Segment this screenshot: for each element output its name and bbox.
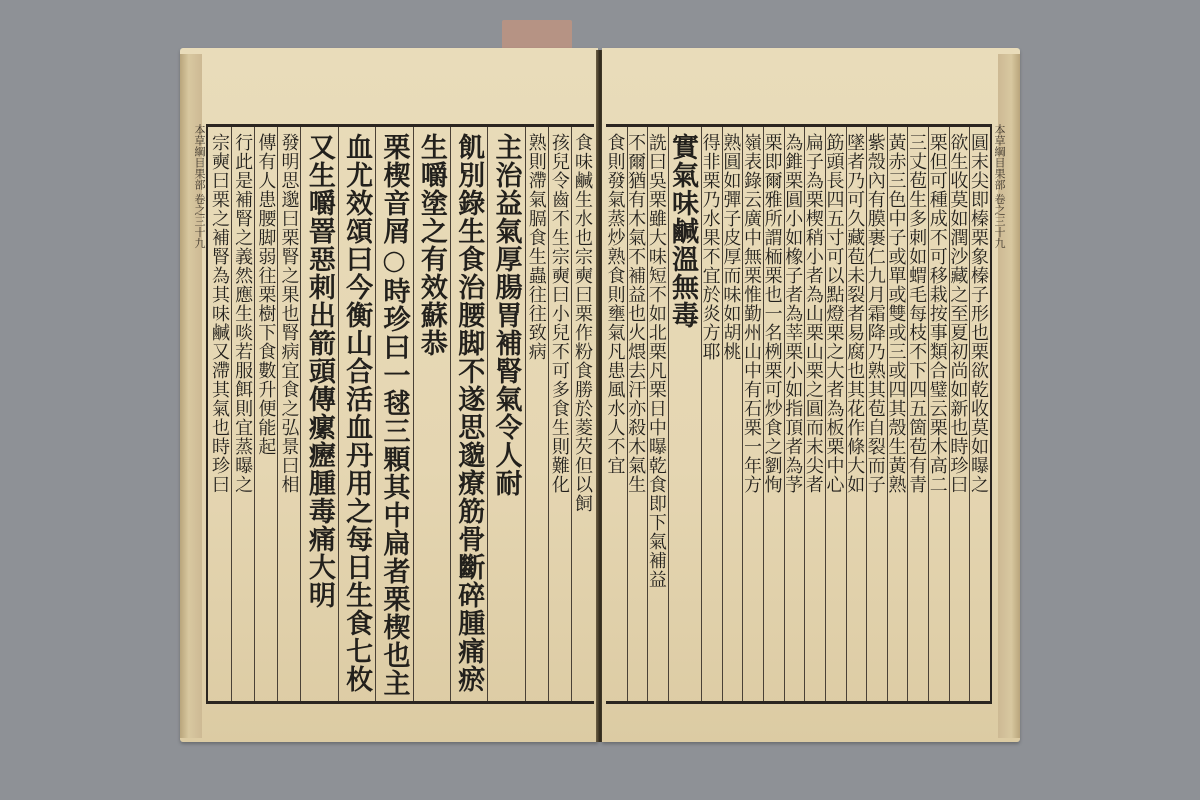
text-column: 為錐栗圓小如橡子者為莘栗小如指頂者為芧 [784,127,805,701]
text-column: 紫殼內有膜裹仁九月霜降乃熟其苞自裂而子 [866,127,887,701]
text-column: 熟則滯氣膈食生蟲往往致病 [525,127,548,701]
text-column: 詵曰吳栗雖大味短不如北栗凡栗日中曝乾食即下氣補益 [647,127,668,701]
text-column: 圓末尖即榛栗象榛子形也栗欲乾收莫如曝之 [969,127,990,701]
text-column: 血尤效頌曰今衡山合活血丹用之每日生食七枚破冷痃癖 [338,127,375,701]
text-column: 傳有人患腰脚弱往栗樹下食數升便能起 [254,127,277,701]
text-column: 實氣味鹹溫無毒 [668,127,701,701]
text-column: 不爾猶有木氣不補益也火煨去汗亦殺木氣生 [627,127,648,701]
text-column: 熟圓如彈子皮厚而味如胡桃 [722,127,743,701]
text-column: 食味鹹生水也宗奭曰栗作粉食勝於菱芡但以飼 [571,127,594,701]
text-column: 發明思邈曰栗腎之果也腎病宜食之弘景曰相 [277,127,300,701]
text-column: 欲生收莫如潤沙藏之至夏初尚如新也時珍曰 [949,127,970,701]
text-column: 又生嚼罯惡刺出箭頭傳瘰癧腫毒痛大明 [300,127,337,701]
open-book: 本草綱目果部 卷之三十九 食味鹹生水也宗奭曰栗作粉食勝於菱芡但以飼孩兒令齒不生宗… [180,48,1020,748]
text-column: 行此是補腎之義然應生啖若服餌則宜蒸曝之 [231,127,254,701]
text-column: 嶺表錄云廣中無栗惟勤州山中有石栗一年方 [742,127,763,701]
right-margin-label: 本草綱目果部 卷之三十九 [994,124,1006,698]
right-text-frame: 圓末尖即榛栗象榛子形也栗欲乾收莫如曝之欲生收莫如潤沙藏之至夏初尚如新也時珍曰栗但… [606,124,992,704]
text-column: 筯頭長四五寸可以點燈栗之大者為板栗中心 [825,127,846,701]
text-column: 食則發氣蒸炒熟食則壅氣凡患風水人不宜 [606,127,626,701]
text-column: 栗即爾雅所謂栭栗也一名栵栗可炒食之劉恂 [763,127,784,701]
text-column: 扁子為栗楔稍小者為山栗山栗之圓而末尖者 [804,127,825,701]
text-column: 生嚼塗之有效蘇恭 [413,127,450,701]
text-column: 飢別錄生食治腰脚不遂思邈療筋骨斷碎腫痛瘀血 [450,127,487,701]
text-column: 栗但可種成不可移栽按事類合璧云栗木高二 [928,127,949,701]
left-page: 本草綱目果部 卷之三十九 食味鹹生水也宗奭曰栗作粉食勝於菱芡但以飼孩兒令齒不生宗… [180,48,598,742]
text-column: 黃赤三色中子或單或雙或三或四其殼生黃熟 [887,127,908,701]
text-column: 三丈苞生多刺如蝟毛每枝不下四五箇苞有青 [907,127,928,701]
text-column: 栗楔音屑○時珍曰一毬三顆其中扁者栗楔也主治筋骨風痛士良活 [375,127,412,701]
left-margin-label: 本草綱目果部 卷之三十九 [194,124,206,698]
text-column: 主治益氣厚腸胃補腎氣令人耐 [487,127,524,701]
left-text-frame: 食味鹹生水也宗奭曰栗作粉食勝於菱芡但以飼孩兒令齒不生宗奭曰小兒不可多食生則難化熟… [206,124,594,704]
text-column: 宗奭曰栗之補腎為其味鹹又滯其氣也時珍曰 [208,127,231,701]
text-column: 得非栗乃水果不宜於炎方耶 [701,127,722,701]
right-page: 本草綱目果部 卷之三十九 圓末尖即榛栗象榛子形也栗欲乾收莫如曝之欲生收莫如潤沙藏… [602,48,1020,742]
text-column: 孩兒令齒不生宗奭曰小兒不可多食生則難化 [548,127,571,701]
text-column: 墜者乃可久藏苞未裂者易腐也其花作條大如 [846,127,867,701]
